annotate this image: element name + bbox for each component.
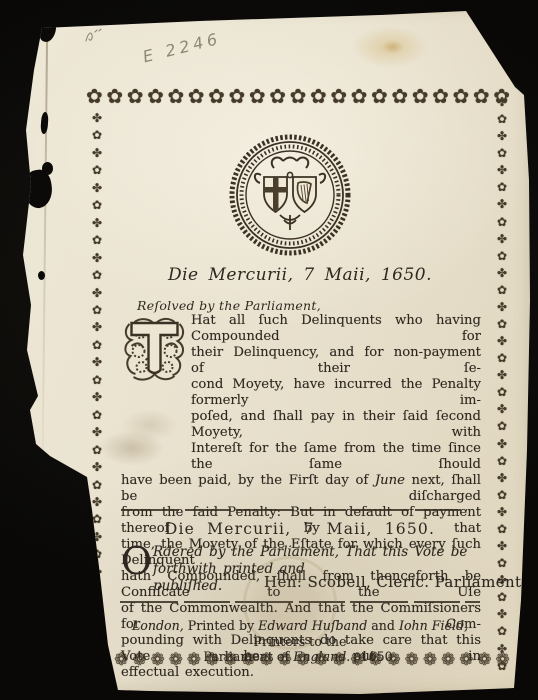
ornament-glyph: ✤ — [497, 643, 507, 655]
initial-letter-T — [132, 323, 178, 373]
imprint-segment: Parliament of — [203, 649, 293, 664]
paper-stain — [382, 40, 404, 54]
ornament-glyph: ✿ — [92, 339, 102, 351]
ornament-glyph: ✿ — [497, 250, 507, 262]
ornament-glyph: ✤ — [497, 506, 507, 518]
ornament-glyph: ✿ — [249, 86, 266, 108]
ornament-glyph: ✿ — [432, 86, 449, 108]
ornament-glyph: ✤ — [497, 472, 507, 484]
imprint-segment: Printers to the — [254, 634, 347, 649]
ornament-glyph: ✿ — [208, 86, 225, 108]
ornament-glyph: ✤ — [92, 356, 102, 368]
paper-crease — [42, 16, 49, 454]
line-segment: have been paid, by the Firſt day of — [121, 473, 375, 488]
pencil-catalog-number: E 2246 — [141, 29, 223, 67]
imprint-line: Parliament of England. 1650. — [108, 649, 492, 665]
commonwealth-seal-icon — [228, 133, 352, 257]
ornament-glyph: ✤ — [497, 301, 507, 313]
ornament-glyph: ✤ — [92, 217, 102, 229]
ornament-glyph: ✤ — [497, 608, 507, 620]
ornament-glyph: ✿ — [497, 386, 507, 398]
ornament-glyph: ✤ — [92, 287, 102, 299]
initial-letter-O: O — [121, 544, 152, 578]
ornament-glyph: ✿ — [497, 420, 507, 432]
ornament-glyph: ✿ — [92, 304, 102, 316]
separator-rule — [121, 509, 467, 511]
ornament-glyph: ✿ — [147, 86, 164, 108]
photo-background: E 2246 ✿✿✿✿✿✿✿✿✿✿✿✿✿✿✿✿✿✿✿✿✿ ❁❁❁❁❁❁❁❁❁❁❁… — [0, 0, 538, 700]
ornament-glyph: ✤ — [92, 112, 102, 124]
ornament-glyph: ✤ — [92, 391, 102, 403]
paragraph-line: have been paid, by the Firſt day of June… — [121, 473, 481, 505]
ornament-glyph: ✿ — [497, 352, 507, 364]
ornament-glyph: ✿ — [330, 86, 347, 108]
ornament-glyph: ✤ — [497, 130, 507, 142]
ornament-glyph: ✤ — [497, 369, 507, 381]
paragraph-line: cond Moyety, have incurred the Penalty f… — [191, 377, 481, 409]
imprint-segment: 1650. — [350, 649, 396, 664]
paragraph-line: poſed, and ſhall pay in their ſaid ſecon… — [191, 409, 481, 441]
ornament-glyph: ✿ — [92, 444, 102, 456]
ornament-glyph: ✿ — [452, 86, 469, 108]
irish-harp-shield — [293, 177, 316, 212]
ornament-glyph: ✿ — [92, 129, 102, 141]
ornament-glyph: ✿ — [497, 181, 507, 193]
ornament-glyph: ✤ — [92, 531, 102, 543]
ornament-glyph: ✤ — [497, 164, 507, 176]
ornament-glyph: ✿ — [92, 234, 102, 246]
ornament-glyph: ✤ — [497, 96, 507, 108]
ornament-glyph: ✿ — [497, 557, 507, 569]
ornament-glyph: ✿ — [269, 86, 286, 108]
ornament-glyph: ✤ — [497, 198, 507, 210]
ink-blot — [38, 271, 45, 280]
ornament-glyph: ✤ — [497, 438, 507, 450]
ornament-glyph: ✿ — [92, 479, 102, 491]
ornament-glyph: ✿ — [106, 86, 123, 108]
ornament-glyph: ✿ — [92, 269, 102, 281]
ornament-glyph: ✿ — [229, 86, 246, 108]
ornament-glyph: ✤ — [92, 252, 102, 264]
ornament-glyph: ✿ — [497, 113, 507, 125]
ornament-glyph: ✿ — [497, 318, 507, 330]
ornament-glyph: ✿ — [127, 86, 144, 108]
ornament-border-left: ✤✿✤✿✤✿✤✿✤✿✤✿✤✿✤✿✤✿✤✿✤✿✤✿✤✿✤ — [87, 112, 107, 578]
ornament-glyph: ✿ — [167, 86, 184, 108]
ornament-glyph: ✤ — [497, 267, 507, 279]
ornament-glyph: ✿ — [497, 284, 507, 296]
ornament-glyph: ✤ — [92, 147, 102, 159]
ornament-glyph: ✿ — [497, 147, 507, 159]
ornament-glyph: ✿ — [497, 660, 507, 672]
ornament-border-top: ✿✿✿✿✿✿✿✿✿✿✿✿✿✿✿✿✿✿✿✿✿ — [86, 86, 510, 108]
ornament-glyph: ✿ — [497, 216, 507, 228]
ornament-glyph: ✿ — [310, 86, 327, 108]
ornament-glyph: ✤ — [92, 182, 102, 194]
ink-blot — [40, 112, 49, 134]
imprint-segment: England. — [293, 649, 350, 664]
ornament-glyph: ❁ — [96, 652, 110, 672]
ornament-glyph: ✤ — [92, 496, 102, 508]
imprint-segment: and — [367, 618, 399, 633]
ornament-glyph: ✿ — [92, 548, 102, 560]
ornament-glyph: ✿ — [92, 374, 102, 386]
ornament-glyph: ✿ — [92, 409, 102, 421]
imprint-segment: London, — [132, 618, 184, 633]
ink-blot — [42, 162, 53, 175]
ornament-glyph: ✿ — [371, 86, 388, 108]
paragraph-line: effectual execution. — [121, 665, 481, 681]
ornament-glyph: ✿ — [497, 625, 507, 637]
ornament-glyph: ✿ — [412, 86, 429, 108]
ornament-glyph: ✿ — [473, 86, 490, 108]
ornament-glyph: ✤ — [497, 403, 507, 415]
pencil-squiggle — [83, 27, 103, 47]
printer-imprint: London, Printed by Edward Huſband and Io… — [108, 618, 492, 665]
ornament-glyph: ✿ — [497, 455, 507, 467]
ink-blot — [99, 608, 104, 613]
ornament-glyph: ✤ — [92, 566, 102, 578]
ornament-glyph: ✿ — [497, 591, 507, 603]
ornament-glyph: ✿ — [497, 489, 507, 501]
ornament-glyph: ✤ — [92, 321, 102, 333]
ornament-glyph: ✿ — [188, 86, 205, 108]
ornament-glyph: ✿ — [391, 86, 408, 108]
date-heading-first: Die Mercurii, 7 Maii, 1650. — [120, 265, 480, 285]
paragraph-line: Intereſt for the ſame from the time ſinc… — [191, 441, 481, 473]
ornament-glyph: ✤ — [92, 461, 102, 473]
document-page: E 2246 ✿✿✿✿✿✿✿✿✿✿✿✿✿✿✿✿✿✿✿✿✿ ❁❁❁❁❁❁❁❁❁❁❁… — [0, 0, 538, 700]
imprint-segment: Printed by — [184, 618, 258, 633]
paragraph-line: their Delinquency, and for non-payment o… — [191, 345, 481, 377]
ornament-glyph: ✿ — [92, 199, 102, 211]
ornament-glyph: ✿ — [92, 513, 102, 525]
resolved-caption: Reſolved by the Parliament, — [137, 298, 321, 313]
imprint-segment: Iohn Field, — [399, 618, 468, 633]
ornament-glyph: ✿ — [290, 86, 307, 108]
line-segment-italic: June — [375, 473, 405, 488]
imprint-line: London, Printed by Edward Huſband and Io… — [108, 618, 492, 649]
ornament-glyph: ✤ — [497, 233, 507, 245]
date-heading-second: Die Mercurii, 7 Maii, 1650. — [120, 520, 480, 538]
ornament-glyph: ✤ — [497, 540, 507, 552]
ink-blot — [36, 13, 59, 43]
imprint-segment: Edward Huſband — [258, 618, 367, 633]
ornament-glyph: ✤ — [92, 426, 102, 438]
st-george-cross-shield — [264, 177, 287, 212]
ornament-glyph: ✿ — [86, 86, 103, 108]
ornament-glyph: ✤ — [497, 335, 507, 347]
woodcut-initial-T — [121, 316, 188, 382]
paragraph-line: Hat all ſuch Delinquents who having Comp… — [191, 313, 481, 345]
ornament-glyph: ✿ — [497, 523, 507, 535]
ornament-glyph: ✿ — [351, 86, 368, 108]
ornament-glyph: ✿ — [92, 164, 102, 176]
